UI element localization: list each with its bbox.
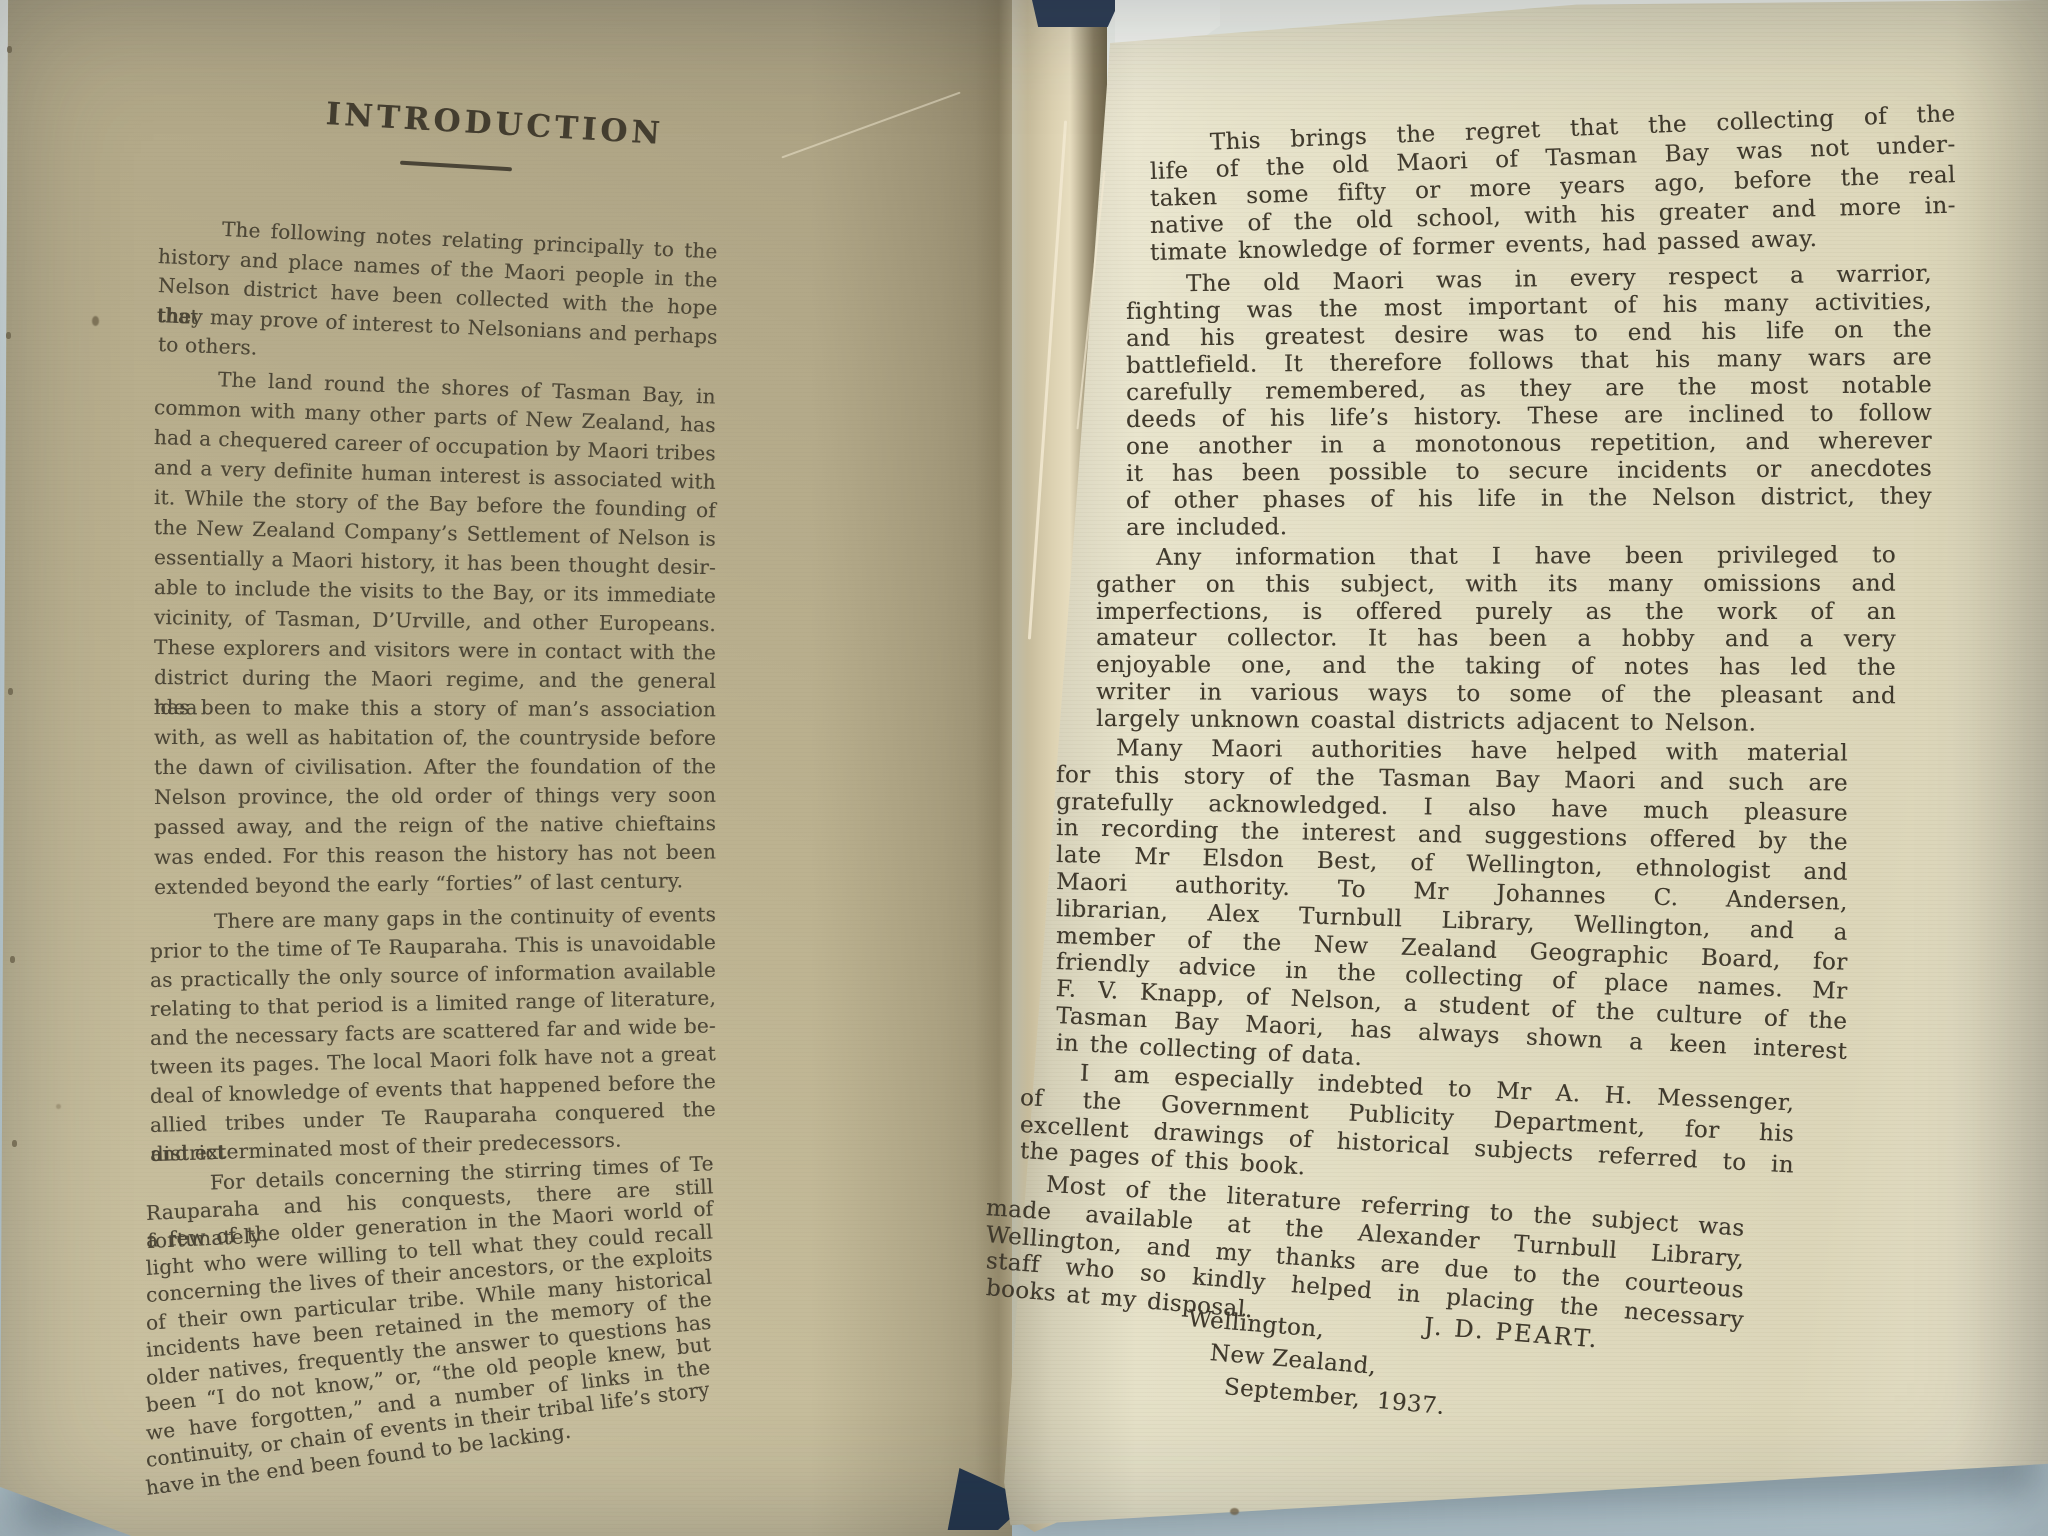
deckle-edge-notch bbox=[7, 46, 12, 53]
text-line: Any information that I have been privile… bbox=[1096, 542, 1896, 572]
right-page-paragraph-3: Any information that I have been privile… bbox=[1096, 545, 1896, 733]
text-line: it has been possible to secure incidents… bbox=[1126, 456, 1932, 488]
paper-stain bbox=[92, 316, 99, 326]
left-page-paragraph-2: The land round the shores of Tasman Bay,… bbox=[154, 362, 716, 902]
right-page-paragraph-2: The old Maori was in every respect a war… bbox=[1126, 272, 1932, 542]
text-line: of other phases of his life in the Nelso… bbox=[1126, 483, 1932, 515]
right-page-paragraph-5: I am especially indebted to Mr A. H. Mes… bbox=[1020, 1058, 1795, 1165]
book-cover-edge-top bbox=[1032, 0, 1120, 27]
text-line: with, as well as habitation of, the coun… bbox=[154, 722, 716, 753]
deckle-edge-notch bbox=[10, 956, 15, 963]
text-line: district during the Maori regime, and th… bbox=[154, 662, 716, 696]
text-line: largely unknown coastal districts adjace… bbox=[1096, 706, 1896, 738]
text-line: imperfections, is offered purely as the … bbox=[1096, 599, 1896, 626]
paper-stain bbox=[1230, 1508, 1239, 1515]
text-line: the dawn of civilisation. After the foun… bbox=[154, 751, 716, 782]
deckle-edge-notch bbox=[8, 688, 13, 695]
left-page-paragraph-1: The following notes relating principally… bbox=[158, 212, 718, 360]
left-page-paragraph-3: There are many gaps in the continuity of… bbox=[150, 908, 716, 1169]
right-page-paragraph-1: This brings the regret that the collecti… bbox=[1150, 132, 1956, 267]
text-line: gather on this subject, with its many om… bbox=[1096, 570, 1896, 598]
deckle-edge-notch bbox=[12, 1140, 17, 1147]
right-page-paragraph-4: Many Maori authorities have helped with … bbox=[1056, 735, 1848, 1057]
deckle-edge-notch bbox=[6, 332, 11, 339]
text-line: enjoyable one, and the taking of notes h… bbox=[1096, 652, 1896, 682]
text-line: are included. bbox=[1126, 511, 1932, 542]
open-book-photo: INTRODUCTION The following notes relatin… bbox=[0, 0, 2048, 1536]
text-line: Nelson province, the old order of things… bbox=[154, 780, 716, 812]
paper-stain bbox=[56, 1104, 61, 1109]
text-line: writer in various ways to some of the pl… bbox=[1096, 679, 1896, 710]
text-line: extended beyond the early “forties” of l… bbox=[154, 865, 716, 902]
text-line: has been to make this a story of man’s a… bbox=[154, 692, 716, 724]
text-line: amateur collector. It has been a hobby a… bbox=[1096, 625, 1896, 653]
right-page-paragraph-6: Most of the literature referring to the … bbox=[986, 1168, 1746, 1302]
left-page-paragraph-4: For details concerning the stirring time… bbox=[146, 1172, 714, 1502]
